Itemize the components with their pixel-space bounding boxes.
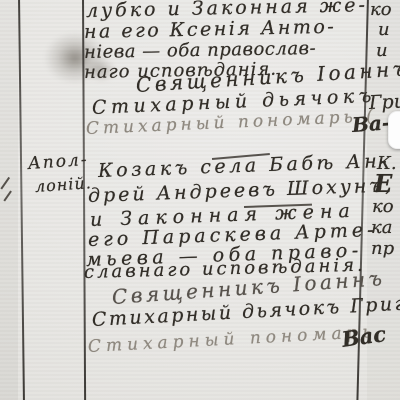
entry2-child-name-line: Апол- bbox=[27, 151, 89, 174]
floating-panel-handle[interactable] bbox=[388, 111, 400, 149]
right-column-fragment: и bbox=[378, 20, 390, 40]
table-column-rule bbox=[18, 0, 25, 400]
right-column-fragment: ко bbox=[370, 0, 392, 20]
document-page: лубко и Законная же-на его Ксенія Анто-н… bbox=[0, 0, 400, 400]
entry2-sexton-fragment: Вас bbox=[340, 322, 387, 351]
entry2-child-name-line: лоній. bbox=[34, 174, 92, 196]
right-column-fragment: ка bbox=[371, 218, 392, 238]
right-column-fragment: пр bbox=[371, 239, 394, 259]
right-column-fragment: ко bbox=[372, 197, 394, 217]
entry1-sexton-fragment: Ва- bbox=[351, 111, 391, 136]
right-column-fragment: и bbox=[376, 41, 388, 61]
right-column-fragment: Е bbox=[374, 171, 392, 197]
